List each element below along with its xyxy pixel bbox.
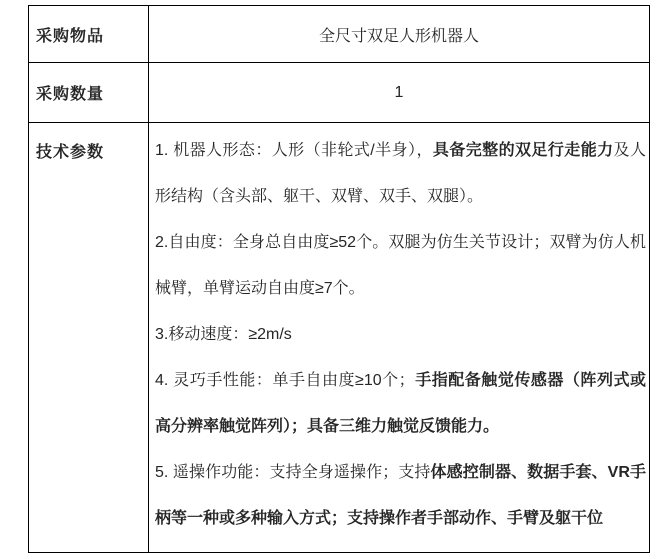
parameter-text: 1. 机器人形态：人形（非轮式/半身）， [155,142,433,159]
procurement-spec-table: 采购物品 全尺寸双足人形机器人 采购数量 1 技术参数 1. 机器人形态：人形（… [28,5,650,553]
parameter-paragraph: 1. 机器人形态：人形（非轮式/半身），具备完整的双足行走能力及人形结构（含头部… [155,128,646,220]
table-row-technical-parameters: 技术参数 1. 机器人形态：人形（非轮式/半身），具备完整的双足行走能力及人形结… [29,123,650,553]
parameter-text-bold: 具备完整的双足行走能力 [433,142,614,159]
parameter-text: 2.自由度：全身总自由度≥52个。双腿为仿生关节设计；双臂为仿人机械臂，单臂运动… [155,234,646,297]
parameter-paragraph: 2.自由度：全身总自由度≥52个。双腿为仿生关节设计；双臂为仿人机械臂，单臂运动… [155,220,646,312]
table-row-procurement-item: 采购物品 全尺寸双足人形机器人 [29,6,650,63]
parameter-text: 4. 灵巧手性能：单手自由度≥10个； [155,372,415,389]
parameter-paragraph: 3.移动速度：≥2m/s [155,312,646,358]
procurement-item-label: 采购物品 [29,6,149,63]
parameter-paragraph: 5. 遥操作功能：支持全身遥操作；支持体感控制器、数据手套、VR手柄等一种或多种… [155,450,646,542]
table-row-procurement-quantity: 采购数量 1 [29,63,650,123]
parameter-text: 5. 遥操作功能：支持全身遥操作；支持 [155,464,431,481]
procurement-quantity-label: 采购数量 [29,63,149,123]
procurement-item-value: 全尺寸双足人形机器人 [149,6,650,63]
document-page: 采购物品 全尺寸双足人形机器人 采购数量 1 技术参数 1. 机器人形态：人形（… [0,0,657,559]
parameter-text: 3.移动速度：≥2m/s [155,326,292,343]
parameter-paragraph: 4. 灵巧手性能：单手自由度≥10个；手指配备触觉传感器（阵列式或高分辨率触觉阵… [155,358,646,450]
technical-parameters-label: 技术参数 [29,123,149,553]
technical-parameters-cell: 1. 机器人形态：人形（非轮式/半身），具备完整的双足行走能力及人形结构（含头部… [149,123,650,553]
procurement-quantity-value: 1 [149,63,650,123]
